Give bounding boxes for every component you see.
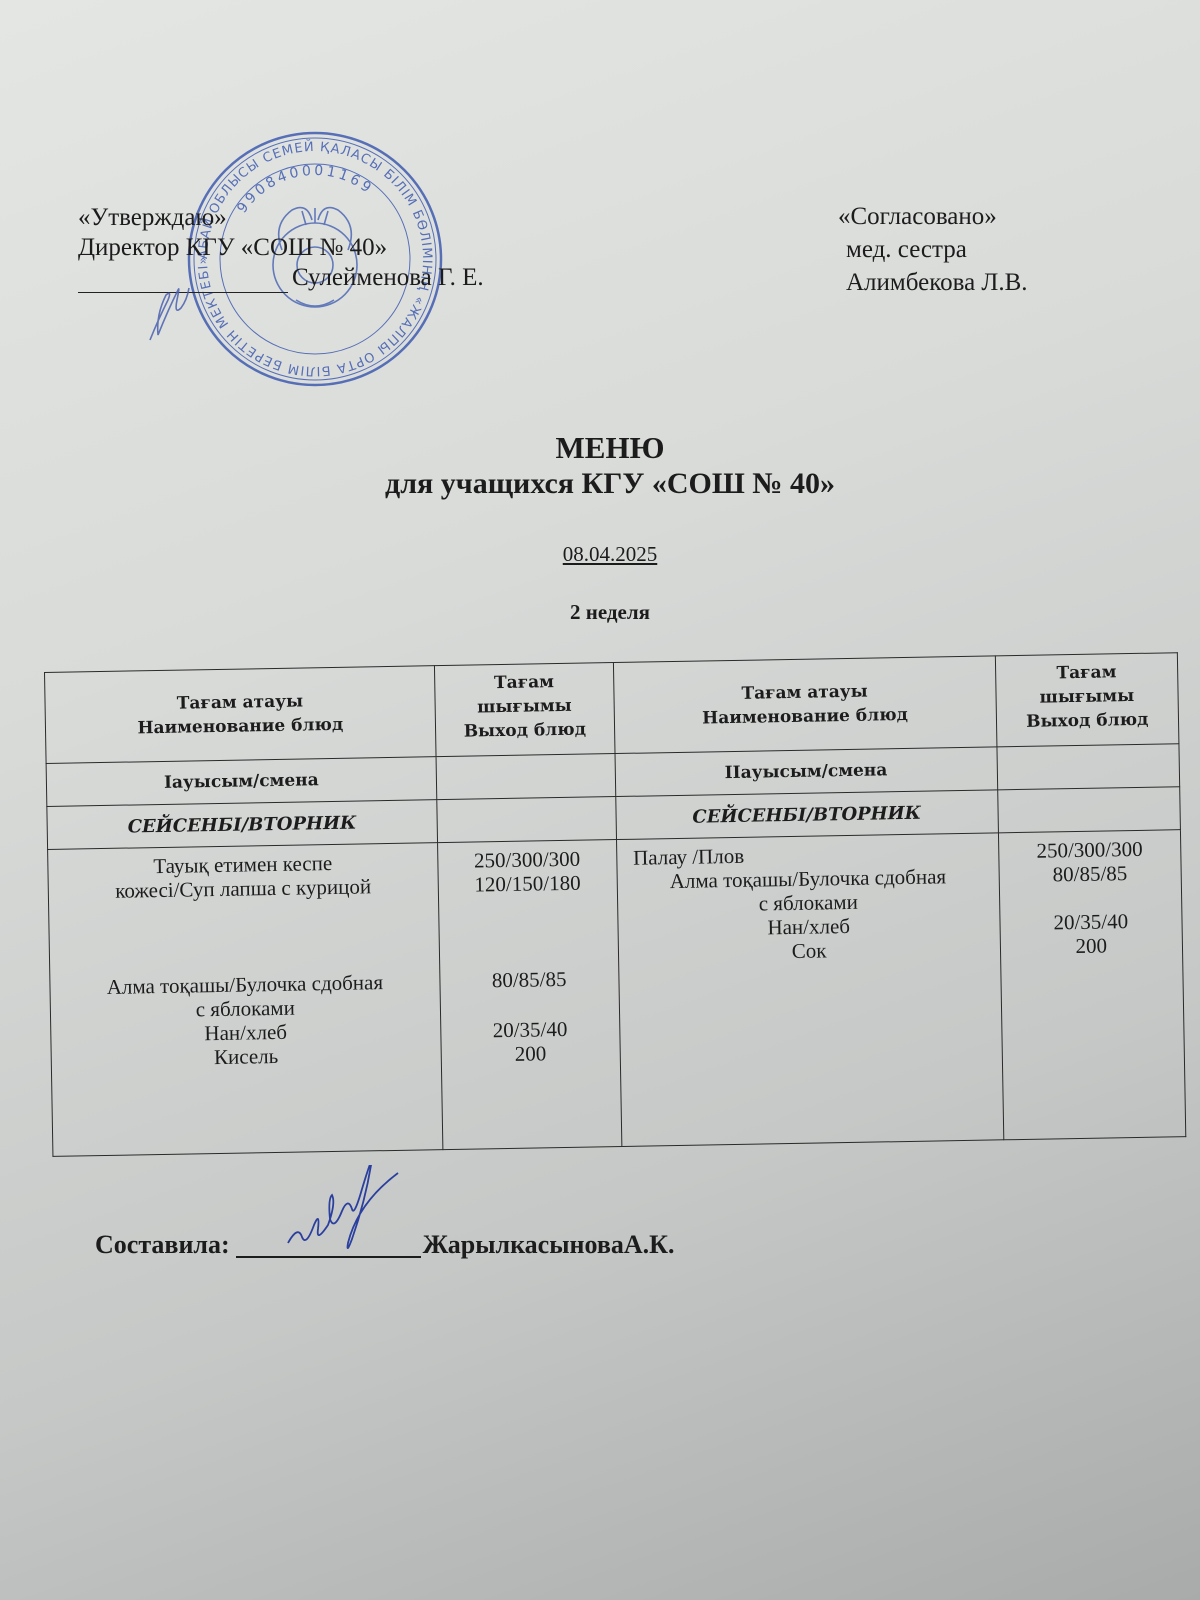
menu-table: Тағам атауы Наименование блюд Тағам шығы…: [44, 652, 1186, 1157]
document-title: МЕНЮ: [20, 430, 1200, 466]
list-item: 250/300/300: [1003, 836, 1177, 863]
menu-week: 2 неделя: [20, 600, 1200, 625]
menu-date: 08.04.2025: [563, 542, 658, 567]
shift-2-yields: 250/300/300 80/85/85 20/35/40 200: [998, 830, 1186, 1140]
day-2-yield-empty: [997, 787, 1180, 833]
agreement-label: «Согласовано»: [838, 200, 1028, 233]
header-yield-2: Тағам шығымы Выход блюд: [995, 653, 1179, 747]
agreement-name: Алимбекова Л.В.: [846, 266, 1028, 299]
list-item: 250/300/300: [442, 846, 612, 873]
header-yield-1: Тағам шығымы Выход блюд: [434, 663, 615, 757]
list-item: 200: [445, 1040, 615, 1067]
day-2-label: СЕЙСЕНБІ/ВТОРНИК: [616, 790, 999, 840]
day-1-label: СЕЙСЕНБІ/ВТОРНИК: [47, 800, 437, 850]
shift-2-yield-empty: [997, 744, 1180, 790]
approval-position: Директор КГУ «СОШ № 40»: [78, 233, 484, 263]
agreement-position: мед. сестра: [846, 233, 1028, 266]
approval-block: «Утверждаю» Директор КГУ «СОШ № 40» Суле…: [78, 203, 484, 293]
list-item: 20/35/40: [445, 1016, 615, 1043]
shift-1-yield-empty: [436, 754, 616, 800]
compiled-by-name: ЖарылкасыноваА.К.: [423, 1230, 675, 1260]
list-item: Сок: [623, 935, 996, 966]
approval-label: «Утверждаю»: [78, 203, 484, 233]
compiled-by-label: Составила:: [95, 1230, 230, 1260]
shift-2-label: ІІауысым/смена: [615, 747, 998, 797]
list-item: 80/85/85: [444, 966, 614, 993]
director-signature-icon: [140, 270, 210, 350]
document-subtitle: для учащихся КГУ «СОШ № 40»: [20, 466, 1200, 502]
header-dish-name-1: Тағам атауы Наименование блюд: [45, 666, 436, 764]
list-item: 200: [1004, 932, 1178, 959]
shift-2-dishes: Палау /Плов Алма тоқашы/Булочка сдобная …: [616, 833, 1003, 1147]
day-1-yield-empty: [437, 797, 617, 843]
agreement-block: «Согласовано» мед. сестра Алимбекова Л.В…: [846, 200, 1028, 299]
compiled-by-block: Составила: ЖарылкасыноваА.К.: [95, 1228, 675, 1260]
header-dish-name-2: Тағам атауы Наименование блюд: [613, 656, 996, 754]
shift-1-dishes: Тауық етимен кеспе кожесі/Суп лапша с ку…: [48, 843, 443, 1157]
list-item: 120/150/180: [442, 870, 612, 897]
list-item: 80/85/85: [1003, 860, 1177, 887]
menu-table-container: Тағам атауы Наименование блюд Тағам шығы…: [44, 652, 1186, 1157]
menu-content-row: Тауық етимен кеспе кожесі/Суп лапша с ку…: [48, 830, 1186, 1157]
shift-1-label: Іауысым/смена: [46, 757, 436, 807]
list-item: 20/35/40: [1004, 908, 1178, 935]
approval-name: Сулейменова Г. Е.: [292, 263, 484, 293]
document-title-block: МЕНЮ для учащихся КГУ «СОШ № 40» 08.04.2…: [0, 430, 1200, 625]
shift-1-yields: 250/300/300 120/150/180 80/85/85 20/35/4…: [437, 840, 621, 1150]
compiled-signature-line: [236, 1228, 421, 1258]
